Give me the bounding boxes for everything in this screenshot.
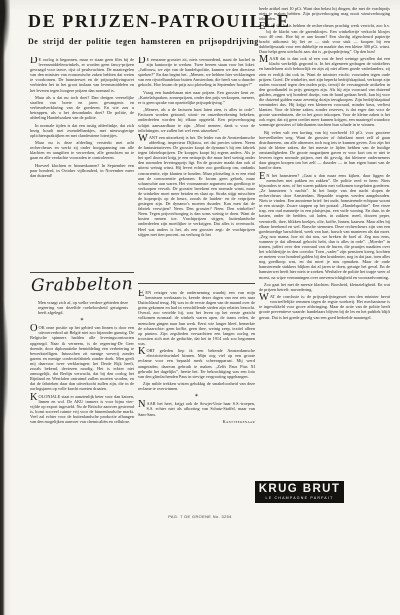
article-column-1: DE oorlog is begonnen, maar er staan gee… — [30, 57, 134, 270]
ad-tagline: LE CHAMPAGNE PARFAIT — [256, 496, 343, 501]
masthead: DE PRIJZEN-PATROUILLE De strijd der poli… — [28, 11, 256, 46]
paragraph: „Meneer, als u de facturen kunt laten zi… — [138, 107, 255, 132]
article-column-3: heele artikel met 10 pCt. Want dan belas… — [259, 6, 390, 478]
section-divider-rule — [138, 283, 255, 284]
paragraph-text: OK onze positie op het gebied van linnen… — [30, 325, 134, 391]
paragraph: KORT geleden liep ik een bekende Amsterd… — [138, 348, 255, 379]
paragraph: KOLONIALE staat er aanzienlijk beter voo… — [30, 394, 134, 425]
drop-cap: M — [259, 56, 268, 65]
paragraph-text: ORT geleden liep ik een bekende Amsterda… — [138, 348, 255, 378]
section-heading-grabbelton: Grabbelton — [31, 276, 134, 296]
paragraph-text: E eenzame grossier zit, niets vermoedend… — [138, 57, 255, 87]
paragraph: Zoo gaat het met de meeste klachten. Boo… — [259, 282, 390, 292]
page-footer: PAG. 7 DE GROENE No. 3254 — [140, 514, 260, 519]
paragraph-text: AT de conclusie is: de prijsopdrijvingsw… — [259, 294, 390, 319]
newspaper-page: DE PRIJZEN-PATROUILLE De strijd der poli… — [0, 0, 400, 615]
paragraph: Zijn milde trekken wisten gelukkig de sm… — [138, 381, 255, 391]
paragraph-text: AAR het heet, krijgt ook de Sowjet-Unie … — [138, 401, 255, 416]
drop-cap: D — [30, 57, 38, 66]
drop-cap: W — [259, 294, 269, 303]
section-divider-rule — [30, 272, 134, 273]
paragraph: Hoeveel klachten er binnenkomen? In Sept… — [30, 163, 134, 178]
paragraph: EEN reiziger van de onderneming waarbij … — [138, 290, 255, 346]
paragraph-text: EN reiziger van de onderneming waarbij e… — [138, 290, 255, 346]
paragraph: WANT een uitzoekerij is het. De leider v… — [138, 135, 255, 237]
paragraph: NAAR het heet, krijgt ook de Sowjet-Unie… — [138, 401, 255, 416]
paragraph: OOK onze positie op het gebied van linne… — [30, 325, 134, 391]
paragraph: Maar als u dat nu toch doet? Dan dreigen… — [30, 95, 134, 120]
paragraph-text: ANT een uitzoekerij is het. De leider va… — [138, 135, 255, 237]
paragraph: MAAR dat is dan ook al een van de heel w… — [259, 56, 390, 127]
asterisk-divider: ✶ — [30, 317, 134, 324]
paragraph-text: E oorlog is begonnen, maar er staan geen… — [30, 57, 134, 93]
paragraph: Vraag een handelsman niet naar prijzen. … — [138, 90, 255, 105]
scan-blot — [0, 300, 8, 430]
paragraph: Bij velen valt een korting van bij voorb… — [259, 130, 390, 171]
drop-cap: E — [259, 173, 265, 182]
column-signature: Kantteekenaar — [138, 419, 255, 424]
drop-cap: N — [138, 401, 146, 410]
scan-blot — [0, 0, 10, 58]
drop-cap: K — [138, 348, 146, 357]
paragraph: WAT de conclusie is: de prijsopdrijvings… — [259, 294, 390, 319]
article-column-2: DE eenzame grossier zit, niets vermoeden… — [138, 57, 255, 279]
paragraph: DE eenzame grossier zit, niets vermoeden… — [138, 57, 255, 88]
paragraph: heele artikel met 10 pCt. Want dan belas… — [259, 6, 390, 21]
page-subtitle: De strijd der politie tegen hamsteren en… — [28, 37, 256, 46]
paragraph-text: OLONIALE staat er aanzienlijk beter voor… — [30, 394, 134, 424]
drop-cap: E — [259, 23, 265, 32]
drop-cap: D — [138, 57, 146, 66]
grabbelton-column-1: Grabbelton Men vraagt zich af, op welke … — [30, 276, 134, 512]
paragraph-text: AAR dat is dan ook al een van de heel we… — [259, 56, 390, 127]
grabbelton-intro: Men vraagt zich af, op welke verdere geb… — [38, 300, 128, 315]
ad-brand: KRUG BRUT — [256, 483, 343, 496]
grabbelton-column-2: EEN reiziger van de onderneming waarbij … — [138, 290, 255, 508]
drop-cap: O — [30, 325, 38, 334]
drop-cap: W — [138, 135, 148, 144]
paragraph-text: N het hamsteren? „Gaat u dan maar eens k… — [259, 173, 390, 280]
paragraph: Maar nu is deze afdeeling versterkt met … — [30, 140, 134, 160]
paragraph: DE oorlog is begonnen, maar er staan gee… — [30, 57, 134, 93]
krug-champagne-ad: KRUG BRUT LE CHAMPAGNE PARFAIT — [255, 481, 344, 503]
drop-cap: K — [30, 394, 38, 403]
asterisk-divider: ✶ — [138, 393, 255, 400]
paragraph: EN het hamsteren? „Gaat u dan maar eens … — [259, 173, 390, 280]
paragraph: EN op die basis hebben de rechercheurs p… — [259, 23, 390, 54]
drop-cap: E — [138, 290, 144, 299]
page-title: DE PRIJZEN-PATROUILLE — [28, 11, 256, 32]
paragraph: In normale tijden is dat een rustig afde… — [30, 123, 134, 138]
paragraph-text: N op die basis hebben de rechercheurs pr… — [259, 23, 390, 53]
